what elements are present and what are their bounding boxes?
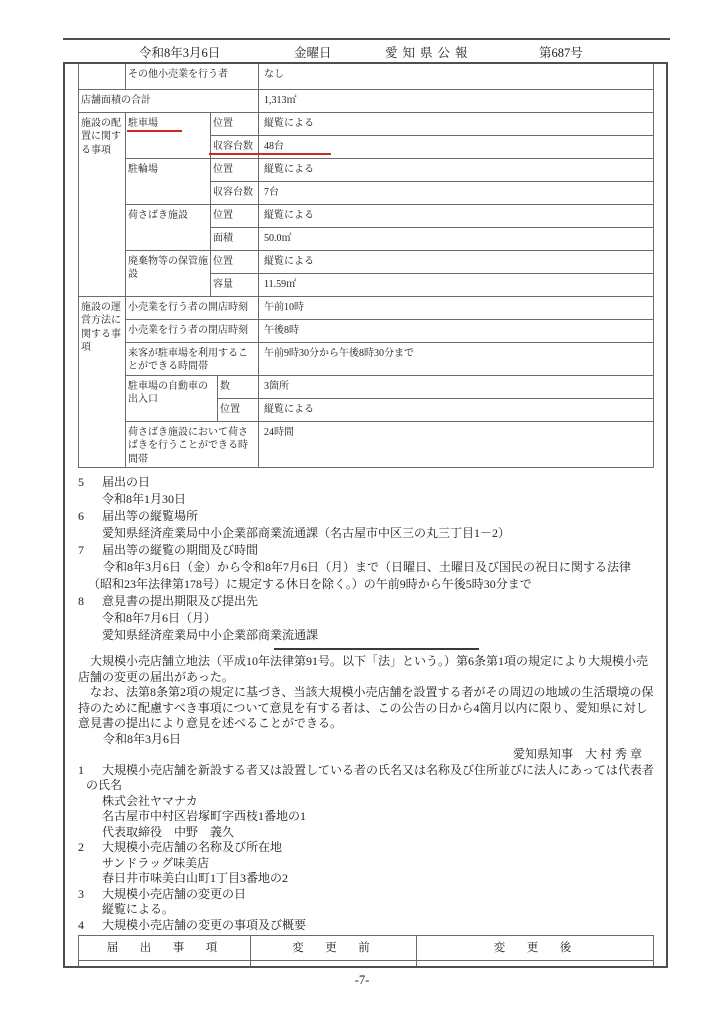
- announcement-date: 令和8年3月6日: [103, 732, 654, 748]
- table-cell: 縦覧による: [259, 112, 654, 135]
- change-summary-table: 届 出 事 項 変 更 前 変 更 後 大規模小売店舗の名称及び所在地 ヤマナカ…: [78, 935, 654, 968]
- item-content: 愛知県経済産業局中小企業部商業流通課（名古屋市中区三の丸三丁目1－2）: [102, 525, 654, 542]
- header-weekday: 金曜日: [294, 43, 332, 61]
- table-row: 来客が駐車場を利用することができる時間帯 午前9時30分から午後8時30分まで: [79, 342, 654, 375]
- item-number: 6: [78, 509, 84, 523]
- item-title: 大規模小売店舗の名称及び所在地: [102, 840, 282, 854]
- header-publication-title: 愛知県公報: [385, 43, 473, 61]
- table-cell: 収容台数: [211, 181, 259, 204]
- item-title: 意見書の提出期限及び提出先: [102, 594, 258, 608]
- table-cell: 午前9時30分から午後8時30分まで: [259, 342, 654, 375]
- table-row: 小売業を行う者の閉店時刻 午後8時: [79, 319, 654, 342]
- announcement-section: 大規模小売店舗立地法（平成10年法律第91号。以下「法」という。）第6条第1項の…: [78, 654, 654, 933]
- facility-details-table: その他小売業を行う者 なし 店舗面積の合計 1,313㎡ 施設の配置に関する事項…: [78, 64, 654, 468]
- list-item: 8意見書の提出期限及び提出先: [78, 593, 654, 610]
- table-cell: 面積: [211, 227, 259, 250]
- item-content: サンドラッグ味美店: [102, 856, 654, 872]
- table-cell: 容量: [211, 273, 259, 296]
- item-content: 代表取締役 中野 義久: [102, 825, 654, 841]
- header-date: 令和8年3月6日: [139, 43, 220, 61]
- item-number: 8: [78, 594, 84, 608]
- page-number: -7-: [0, 973, 724, 988]
- table-cell: 店舗面積の合計: [79, 89, 259, 112]
- item-content: 愛知県経済産業局中小企業部商業流通課: [102, 627, 654, 644]
- table-cell: 位置: [211, 204, 259, 227]
- table-cell: なし: [259, 64, 654, 89]
- item-number: 3: [78, 887, 84, 901]
- table-cell: 午後8時: [259, 319, 654, 342]
- table-cell: 来客が駐車場を利用することができる時間帯: [126, 342, 259, 375]
- table-cell: 小売業を行う者の閉店時刻: [126, 319, 259, 342]
- item-number: 4: [78, 918, 84, 932]
- table-cell: その他小売業を行う者: [126, 64, 259, 89]
- list-item: 6届出等の縦覧場所: [78, 508, 654, 525]
- column-header: 変 更 後: [417, 936, 654, 961]
- table-row: その他小売業を行う者 なし: [79, 64, 654, 89]
- empty-section-cell: [79, 64, 126, 89]
- section-header-cell: 施設の配置に関する事項: [79, 112, 126, 296]
- table-cell: 縦覧による: [259, 250, 654, 273]
- gazette-document-page: 令和8年3月6日 金曜日 愛知県公報 第687号 その他小売業を行う者 なし 店…: [0, 0, 724, 1024]
- table-row: 施設の運営方法に関する事項 小売業を行う者の開店時刻 午前10時: [79, 296, 654, 319]
- item-content: 株式会社ヤマナカ: [102, 794, 654, 810]
- table-cell: 縦覧による: [259, 398, 654, 421]
- table-cell: 縦覧による: [259, 158, 654, 181]
- red-underline-annotation-parking: [127, 130, 182, 132]
- red-underline-annotation-capacity: [209, 153, 331, 155]
- table-header-row: 届 出 事 項 変 更 前 変 更 後: [79, 936, 654, 961]
- list-item: 2大規模小売店舗の名称及び所在地: [78, 840, 654, 856]
- table-cell: 24時間: [259, 421, 654, 468]
- table-cell: 数: [218, 375, 259, 398]
- table-cell: 位置: [218, 398, 259, 421]
- column-header: 変 更 前: [251, 936, 417, 961]
- section-divider: [274, 648, 479, 650]
- item-title: 届出等の縦覧場所: [102, 509, 198, 523]
- table-cell: 位置: [211, 112, 259, 135]
- table-row: 大規模小売店舗の名称及び所在地 ヤマナカ味美店 サンドラッグ味美店: [79, 961, 654, 969]
- table-cell: 位置: [211, 250, 259, 273]
- item-title: 大規模小売店舗の変更の事項及び概要: [102, 918, 306, 932]
- item-content: 名古屋市中村区岩塚町字西枝1番地の1: [102, 809, 654, 825]
- item-title: 届出等の縦覧の期間及び時間: [102, 543, 258, 557]
- table-cell: 廃棄物等の保管施設: [126, 250, 211, 296]
- item-title: 大規模小売店舗の変更の日: [102, 887, 246, 901]
- item-title: 大規模小売店舗を新設する者又は設置している者の氏名又は名称及び住所並びに法人にあ…: [86, 763, 654, 793]
- page-border-box: その他小売業を行う者 なし 店舗面積の合計 1,313㎡ 施設の配置に関する事項…: [63, 62, 668, 968]
- notice-items-list: 5届出の日 令和8年1月30日 6届出等の縦覧場所 愛知県経済産業局中小企業部商…: [78, 474, 654, 644]
- item-content: 令和8年7月6日（月）: [102, 610, 654, 627]
- list-item: 5届出の日: [78, 474, 654, 491]
- facility-table-wrap: その他小売業を行う者 なし 店舗面積の合計 1,313㎡ 施設の配置に関する事項…: [78, 64, 654, 468]
- table-cell: 駐車場: [126, 112, 211, 158]
- item-content: 縦覧による。: [102, 902, 654, 918]
- table-cell: サンドラッグ味美店: [417, 961, 654, 969]
- table-row: 駐輪場 位置 縦覧による: [79, 158, 654, 181]
- column-header: 届 出 事 項: [79, 936, 251, 961]
- page-header: 令和8年3月6日 金曜日 愛知県公報 第687号: [63, 43, 668, 61]
- table-cell: 3箇所: [259, 375, 654, 398]
- table-cell: 駐輪場: [126, 158, 211, 204]
- table-row: 店舗面積の合計 1,313㎡: [79, 89, 654, 112]
- list-item: 3大規模小売店舗の変更の日: [78, 887, 654, 903]
- section-header-cell: 施設の運営方法に関する事項: [79, 296, 126, 468]
- header-issue-number: 第687号: [539, 43, 583, 61]
- list-item: 7届出等の縦覧の期間及び時間: [78, 542, 654, 559]
- table-cell: 1,313㎡: [259, 89, 654, 112]
- table-cell: 荷さばき施設において荷さばきを行うことができる時間帯: [126, 421, 259, 468]
- governor-signature: 愛知県知事 大 村 秀 章: [78, 747, 654, 763]
- table-cell: 縦覧による: [259, 204, 654, 227]
- item-title: 届出の日: [102, 475, 150, 489]
- list-item: 1大規模小売店舗を新設する者又は設置している者の氏名又は名称及び住所並びに法人に…: [78, 763, 654, 794]
- table-cell: 11.59㎡: [259, 273, 654, 296]
- table-cell: 荷さばき施設: [126, 204, 211, 250]
- item-content: 春日井市味美白山町1丁目3番地の2: [102, 871, 654, 887]
- table-cell: 駐車場の自動車の出入口: [126, 375, 218, 421]
- item-number: 7: [78, 543, 84, 557]
- table-row: 駐車場の自動車の出入口 数 3箇所: [79, 375, 654, 398]
- table-cell: 小売業を行う者の開店時刻: [126, 296, 259, 319]
- announcement-paragraph: 大規模小売店舗立地法（平成10年法律第91号。以下「法」という。）第6条第1項の…: [78, 654, 654, 685]
- item-number: 2: [78, 840, 84, 854]
- item-number: 5: [78, 475, 84, 489]
- table-cell: 午前10時: [259, 296, 654, 319]
- table-row: 荷さばき施設において荷さばきを行うことができる時間帯 24時間: [79, 421, 654, 468]
- table-cell: ヤマナカ味美店: [251, 961, 417, 969]
- table-cell: 7台: [259, 181, 654, 204]
- top-rule: [63, 38, 670, 40]
- table-row: 廃棄物等の保管施設 位置 縦覧による: [79, 250, 654, 273]
- table-cell: 50.0㎡: [259, 227, 654, 250]
- announcement-paragraph: なお、法第8条第2項の規定に基づき、当該大規模小売店舗を設置する者がその周辺の地…: [78, 685, 654, 732]
- item-content: 令和8年1月30日: [102, 491, 654, 508]
- table-cell: 位置: [211, 158, 259, 181]
- table-row: 荷さばき施設 位置 縦覧による: [79, 204, 654, 227]
- table-cell: 大規模小売店舗の名称及び所在地: [79, 961, 251, 969]
- item-content: 令和8年3月6日（金）から令和8年7月6日（月）まで（日曜日、土曜日及び国民の祝…: [88, 559, 654, 593]
- item-number: 1: [78, 763, 84, 777]
- list-item: 4大規模小売店舗の変更の事項及び概要: [78, 918, 654, 934]
